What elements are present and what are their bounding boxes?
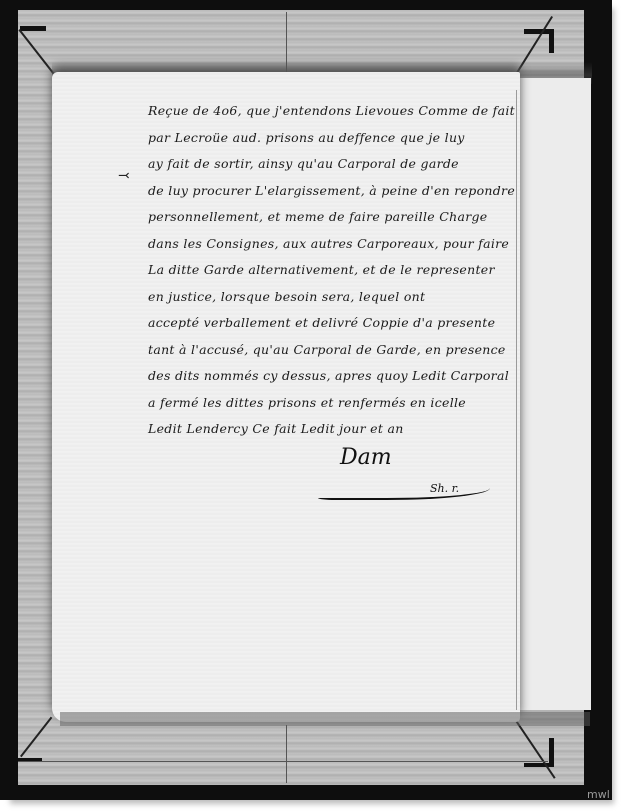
text-line: a fermé les dittes prisons et renfermés … <box>148 390 518 417</box>
corner-mark-top-right-v <box>549 29 554 53</box>
fold-line-bottom <box>286 725 287 783</box>
bottom-stain <box>60 712 590 726</box>
corner-mark-bottom-right-v <box>549 738 554 767</box>
text-line: tant à l'accusé, qu'au Carporal de Garde… <box>148 337 518 364</box>
text-line: ay fait de sortir, ainsy qu'au Carporal … <box>148 151 518 178</box>
text-line: dans les Consignes, aux autres Carporeau… <box>148 231 518 258</box>
text-line: accepté verballement et delivré Coppie d… <box>148 310 518 337</box>
text-line: Reçue de 4o6, que j'entendons Lievoues C… <box>148 98 518 125</box>
watermark: mwl <box>587 788 610 801</box>
signature-subscript: Sh. r. <box>430 482 459 495</box>
handwritten-text: Reçue de 4o6, que j'entendons Lievoues C… <box>148 98 518 443</box>
margin-mark: ⤙ <box>118 168 130 184</box>
text-line: Ledit Lendercy Ce fait Ledit jour et an <box>148 416 518 443</box>
corner-mark-top-left <box>20 26 46 31</box>
text-line: en justice, lorsque besoin sera, lequel … <box>148 284 518 311</box>
text-line: des dits nommés cy dessus, apres quoy Le… <box>148 363 518 390</box>
text-line: La ditte Garde alternativement, et de le… <box>148 257 518 284</box>
text-line: de luy procurer L'elargissement, à peine… <box>148 178 518 205</box>
signature: Dam <box>340 445 392 470</box>
text-line: personnellement, et meme de faire pareil… <box>148 204 518 231</box>
photo-frame: ⤙ Reçue de 4o6, que j'entendons Lievoues… <box>0 0 612 800</box>
text-line: par Lecroüe aud. prisons au deffence que… <box>148 125 518 152</box>
baseline-bottom <box>18 761 548 762</box>
